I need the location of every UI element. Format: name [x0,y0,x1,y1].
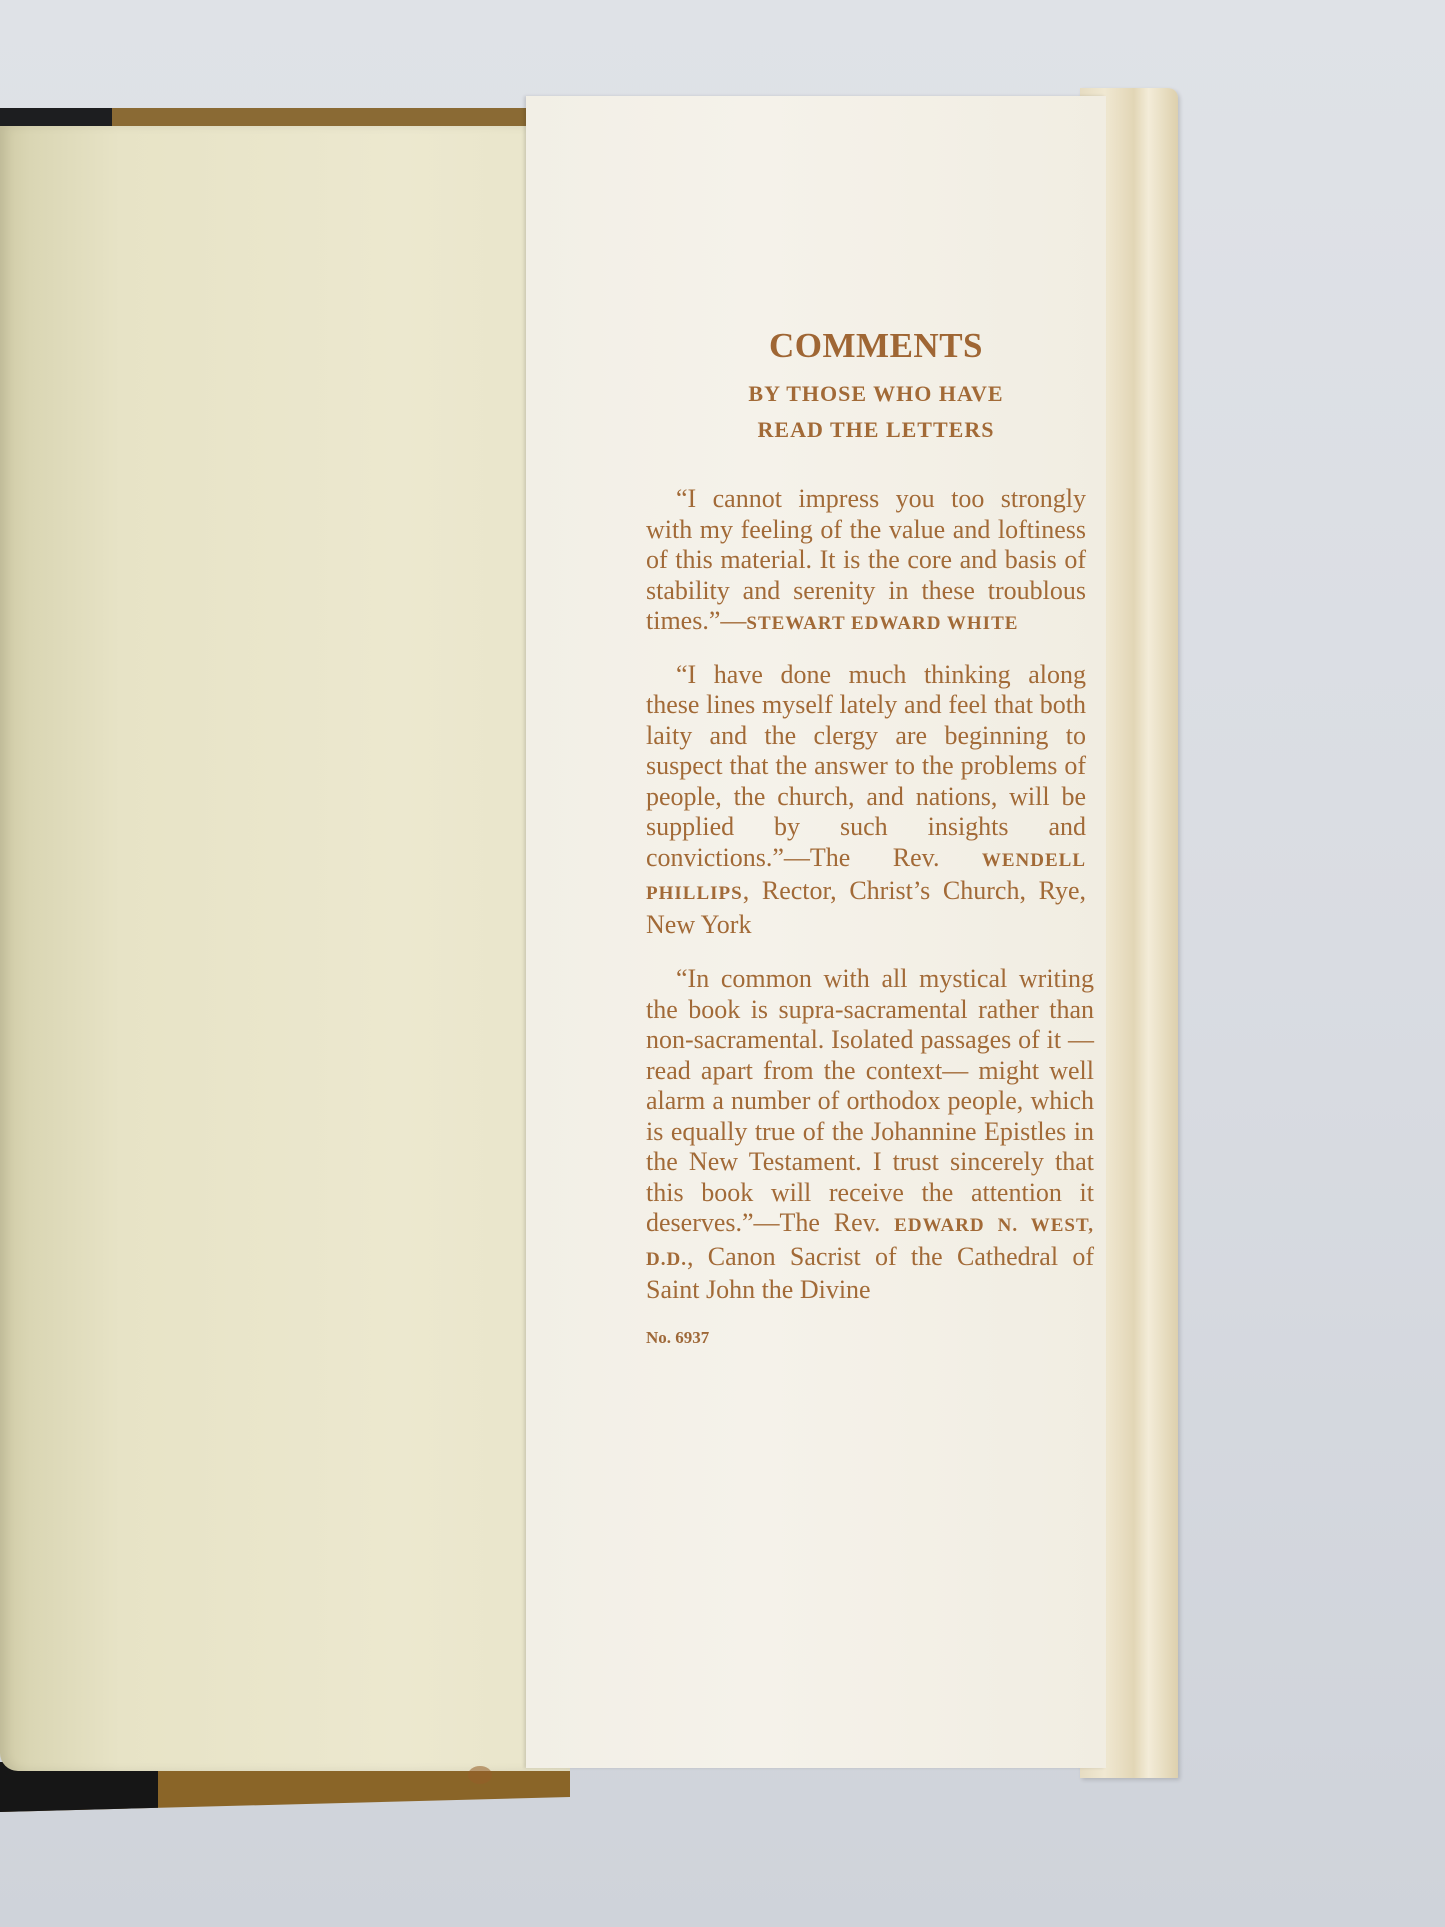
subtitle-line-1: BY THOSE WHO HAVE [646,376,1106,412]
flap-content: COMMENTS BY THOSE WHO HAVE READ THE LETT… [646,326,1106,1348]
quote-stewart-edward-white: “I cannot impress you too strongly with … [646,484,1086,640]
flap-subtitle: BY THOSE WHO HAVE READ THE LETTERS [646,376,1106,448]
quote-edward-west: “In common with all mystical writing the… [646,964,1094,1306]
quote-attribution-name: STEWART EDWARD WHITE [746,613,1018,634]
quote-text: “In common with all mystical writing the… [646,964,1094,1237]
endpaper-page [0,126,570,1771]
quote-wendell-phillips: “I have done much thinking along these l… [646,660,1086,941]
stain-mark [468,1766,492,1784]
subtitle-line-2: READ THE LETTERS [646,412,1106,448]
book-board-top-edge [0,108,540,128]
quote-text: “I have done much thinking along these l… [646,660,1086,872]
flap-title: COMMENTS [646,326,1106,366]
catalog-number: No. 6937 [646,1328,1106,1348]
dust-jacket-flap: COMMENTS BY THOSE WHO HAVE READ THE LETT… [526,96,1106,1768]
quote-attribution-rest: , Canon Sacrist of the Cathedral of Sain… [646,1242,1094,1305]
cloth-spine-top [0,108,112,128]
